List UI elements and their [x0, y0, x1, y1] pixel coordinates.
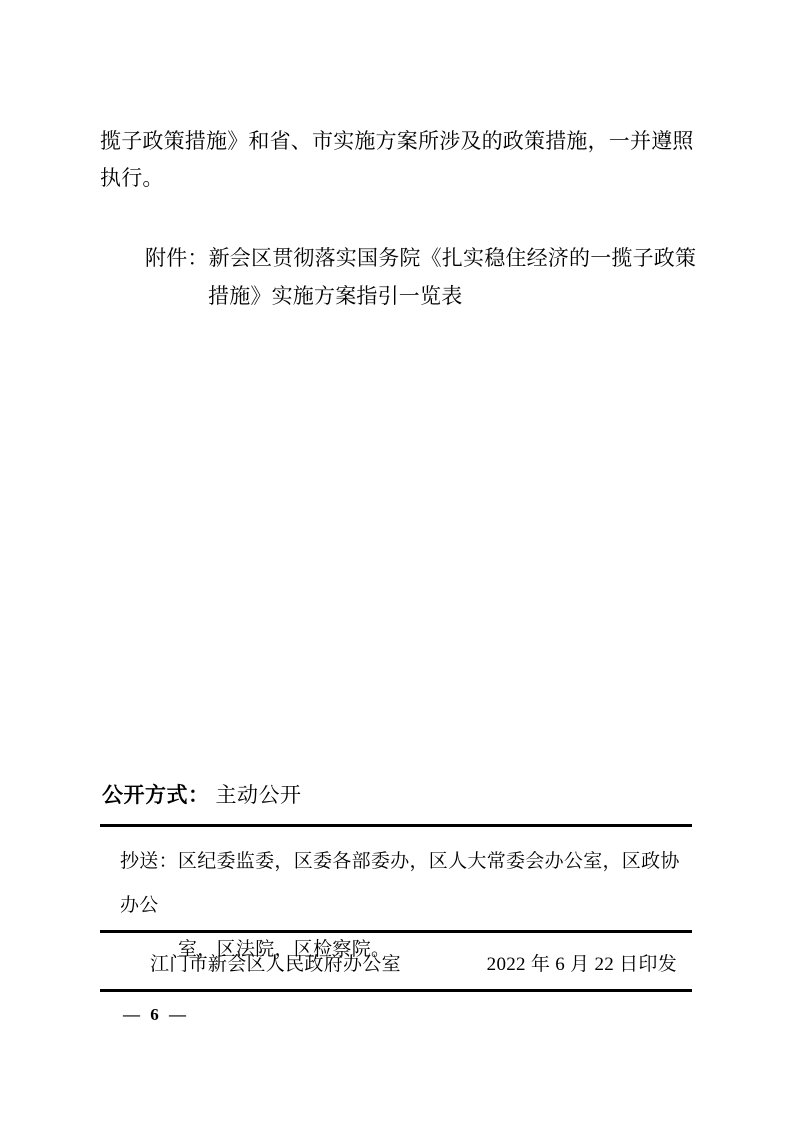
divider-top-rule	[100, 824, 692, 827]
attachment-title-part1: 新会区贯彻落实国务院《扎实稳住经济的一揽子政策	[209, 246, 697, 270]
publicity-label: 公开方式：	[102, 784, 210, 807]
print-date: 2022 年 6 月 22 日印发	[487, 952, 677, 978]
copy-to-line1: 抄送：区纪委监委，区委各部委办，区人大常委会办公室，区政协办公	[120, 840, 698, 928]
attachment-label: 附件：	[145, 246, 209, 270]
divider-bottom-rule	[100, 989, 692, 992]
publicity-value: 主动公开	[216, 783, 302, 807]
colophon-row: 江门市新会区人民政府办公室 2022 年 6 月 22 日印发	[100, 952, 692, 978]
document-page: 揽子政策措施》和省、市实施方案所涉及的政策措施，一并遵照 执行。 附件：新会区贯…	[0, 0, 794, 1123]
attachment-title-part2: 措施》实施方案指引一览表	[145, 277, 715, 315]
body-paragraph: 揽子政策措施》和省、市实施方案所涉及的政策措施，一并遵照 执行。	[100, 123, 700, 197]
issuing-office: 江门市新会区人民政府办公室	[150, 952, 401, 978]
attachment-note: 附件：新会区贯彻落实国务院《扎实稳住经济的一揽子政策 措施》实施方案指引一览表	[145, 239, 715, 315]
body-paragraph-line2: 执行。	[100, 160, 700, 197]
page-number: — 6 —	[123, 1005, 189, 1025]
attachment-line1: 附件：新会区贯彻落实国务院《扎实稳住经济的一揽子政策	[145, 239, 715, 277]
divider-middle-rule	[100, 930, 692, 933]
copy-to-label: 抄送：	[120, 851, 178, 872]
publicity-row: 公开方式：主动公开	[102, 782, 302, 809]
copy-to-recipients-part1: 区纪委监委，区委各部委办，区人大常委会办公室，区政协办公	[120, 851, 680, 916]
body-paragraph-line1: 揽子政策措施》和省、市实施方案所涉及的政策措施，一并遵照	[100, 123, 700, 160]
